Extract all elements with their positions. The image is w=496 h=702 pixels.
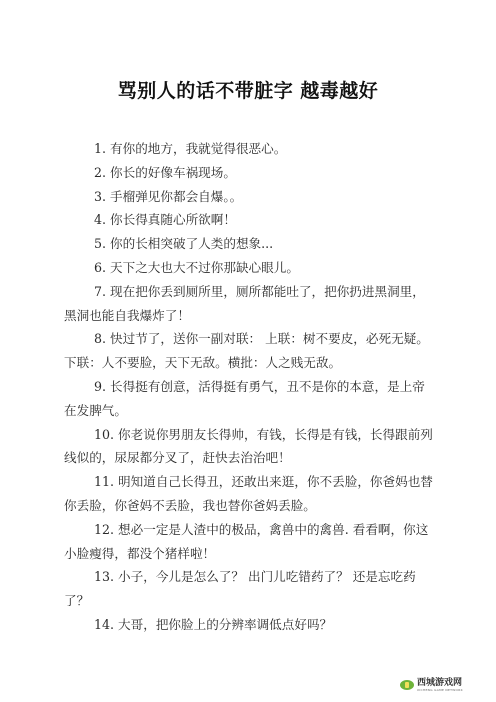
- leaf-logo-icon: [400, 680, 414, 690]
- list-item: 7. 现在把你丢到厕所里，厕所都能吐了，把你扔进黑洞里，黑洞也能自我爆炸了！: [64, 280, 434, 328]
- document-title: 骂别人的话不带脏字 越毒越好: [0, 76, 496, 103]
- list-item: 3. 手榴弹见你都会自爆。。: [64, 185, 434, 209]
- list-item: 8. 快过节了，送你一副对联： 上联：树不要皮，必死无疑。下联：人不要脸，天下无…: [64, 327, 434, 375]
- list-item: 11. 明知道自己长得丑，还敢出来逛，你不丢脸，你爸妈也替你丢脸，你爸妈不丢脸，…: [64, 470, 434, 518]
- list-item: 12. 想必一定是人渣中的极品，禽兽中的禽兽. 看看啊，你这小脸瘦得，都没个猪样…: [64, 518, 434, 566]
- watermark-subtitle: XICHENG GAME NETWORK: [417, 688, 463, 692]
- list-item: 6. 天下之大也大不过你那缺心眼儿。: [64, 256, 434, 280]
- document-body: 1. 有你的地方，我就觉得很恶心。 2. 你长的好像车祸现场。 3. 手榴弹见你…: [64, 137, 434, 637]
- list-item: 5. 你的长相突破了人类的想象...: [64, 232, 434, 256]
- list-item: 4. 你长得真随心所欲啊！: [64, 208, 434, 232]
- list-item: 10. 你老说你男朋友长得帅，有钱，长得是有钱，长得跟前列线似的，尿尿都分叉了，…: [64, 423, 434, 471]
- list-item: 2. 你长的好像车祸现场。: [64, 161, 434, 185]
- list-item: 9. 长得挺有创意，活得挺有勇气，丑不是你的本意，是上帝在发脾气。: [64, 375, 434, 423]
- watermark-name: 西城游戏网: [417, 678, 463, 688]
- watermark-text: 西城游戏网 XICHENG GAME NETWORK: [417, 678, 463, 692]
- list-item: 14. 大哥，把你脸上的分辨率调低点好吗？: [64, 613, 434, 637]
- list-item: 1. 有你的地方，我就觉得很恶心。: [64, 137, 434, 161]
- watermark-logo: 西城游戏网 XICHENG GAME NETWORK: [396, 676, 496, 694]
- list-item: 13. 小子，今儿是怎么了？ 出门儿吃错药了？ 还是忘吃药了？: [64, 565, 434, 613]
